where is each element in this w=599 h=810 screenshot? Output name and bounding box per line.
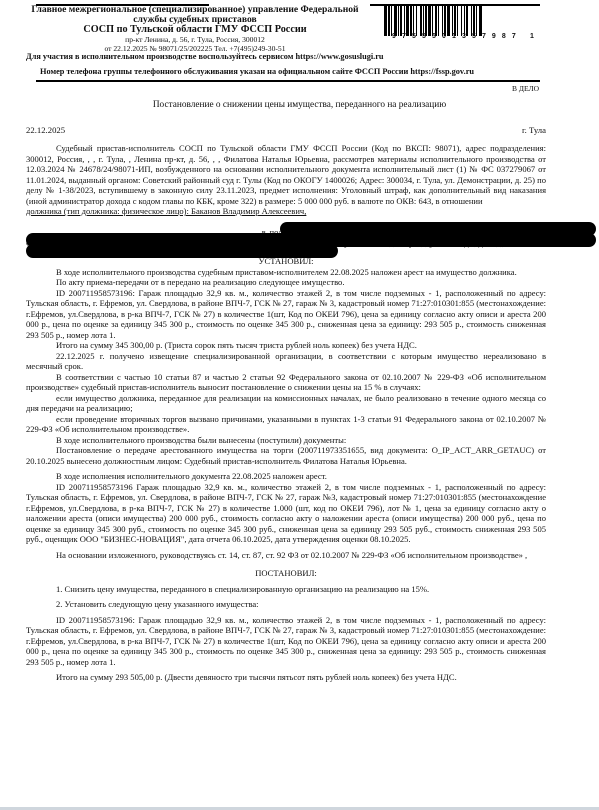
- barcode-icon: [384, 6, 540, 36]
- arrest-paragraph: В ходе исполнительного производства суде…: [26, 267, 546, 278]
- property-item-2: ID 200711958573196 Гараж площадью 32,9 к…: [26, 482, 546, 545]
- intro-paragraph: Судебный пристав-исполнитель СОСП по Тул…: [26, 143, 546, 206]
- property-item-3: ID 200711958573196: Гараж площадью 32,9 …: [26, 615, 546, 668]
- decision-2: 2. Установить следующую цену указанного …: [26, 599, 546, 610]
- department-name: СОСП по Тульской области ГМУ ФССП России: [20, 25, 370, 35]
- document-page: Главное межрегиональное (специализирован…: [0, 0, 599, 810]
- case-2: если проведение вторичных торгов вызвано…: [26, 414, 546, 435]
- phone-notice: Номер телефона группы телефонного обслуж…: [40, 67, 599, 76]
- date-city-line: 22.12.2025 г. Тула: [26, 125, 546, 135]
- barcode-digits: 9755501357987 1: [392, 33, 542, 40]
- issuer-header: Главное межрегиональное (специализирован…: [20, 5, 370, 53]
- document-date: 22.12.2025: [26, 125, 65, 135]
- decision-1: 1. Снизить цену имущества, переданного в…: [26, 584, 546, 595]
- resolution-paragraph: Постановление о передаче арестованного и…: [26, 445, 546, 466]
- gosuslugi-notice: Для участия в исполнительном производств…: [26, 52, 586, 61]
- basis-paragraph: На основании изложенного, руководствуясь…: [26, 550, 546, 561]
- documents-paragraph: В ходе исполнительного производства были…: [26, 435, 546, 446]
- law-paragraph: В соответствии с частью 10 статьи 87 и ч…: [26, 372, 546, 393]
- debtor-name: должника (тип должника: физическое лицо)…: [26, 206, 306, 216]
- debtor-line: должника (тип должника: физическое лицо)…: [26, 206, 546, 217]
- header-separator: [36, 80, 540, 82]
- property-item-1: ID 200711958573196: Гараж площадью 32,9 …: [26, 288, 546, 341]
- filing-mark: В ДЕЛО: [512, 84, 539, 93]
- redaction-block: [26, 244, 338, 258]
- arrest-2-paragraph: В ходе исполнения исполнительного докуме…: [26, 471, 546, 482]
- case-1: если имущество должника, переданное для …: [26, 393, 546, 414]
- document-city: г. Тула: [522, 125, 546, 135]
- notice-paragraph: 22.12.2025 г. получено извещение специал…: [26, 351, 546, 372]
- total-2: Итого на сумму 293 505,00 р. (Двести дев…: [26, 672, 546, 683]
- document-title: Постановление о снижении цены имущества,…: [0, 100, 599, 110]
- total-1: Итого на сумму 345 300,00 р. (Триста сор…: [26, 340, 546, 351]
- department-address: пр-кт Ленина, д. 56, г. Тула, Россия, 30…: [20, 35, 370, 44]
- transfer-act-paragraph: По акту приема-передачи от в передано на…: [26, 277, 546, 288]
- decided-heading: ПОСТАНОВИЛ:: [26, 568, 546, 579]
